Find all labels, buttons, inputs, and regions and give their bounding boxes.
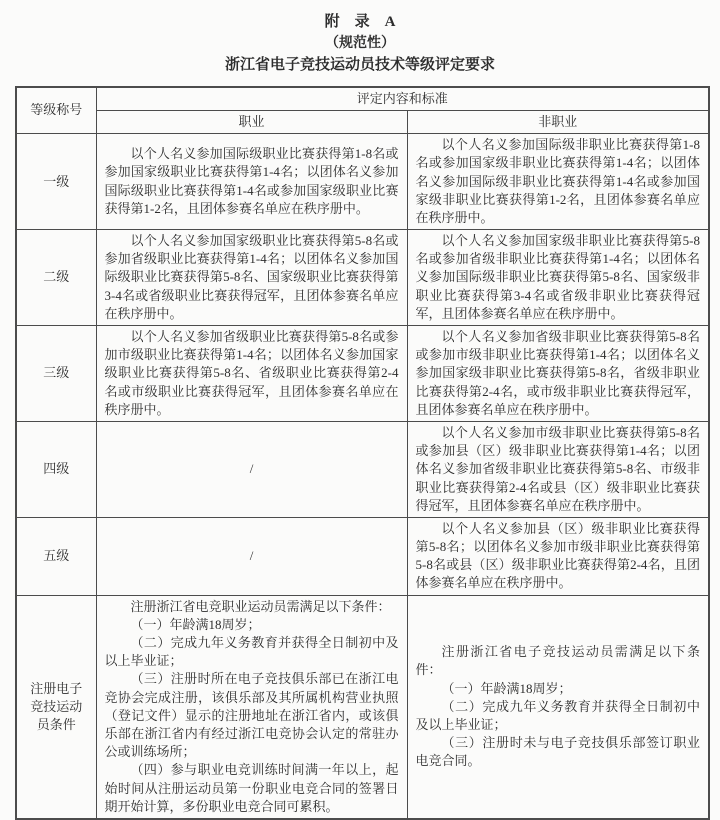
header-criteria: 评定内容和标准 <box>96 87 709 111</box>
paragraph: 以个人名义参加县（区）级非职业比赛获得第5-8名；以团体名义参加市级非职业比赛获… <box>416 520 701 593</box>
nonprofessional-cell-level-3: 以个人名义参加省级非职业比赛获得第5-8名或参加市级非职业比赛获得第1-4名；以… <box>407 326 709 422</box>
paragraph: （三）注册时所在电子竞技俱乐部已在浙江电竞协会完成注册，该俱乐部及其所属机构营业… <box>105 670 399 761</box>
row-label-level-2: 二级 <box>16 230 96 326</box>
paragraph: / <box>105 460 399 478</box>
normative-subtitle: （规范性） <box>0 34 720 54</box>
row-label-level-1: 一级 <box>16 134 96 230</box>
header-nonprofessional: 非职业 <box>407 110 709 133</box>
nonprofessional-cell-level-2: 以个人名义参加国家级非职业比赛获得第5-8名或参加省级非职业比赛获得第1-4名；… <box>407 230 709 326</box>
paragraph: 注册浙江省电子竞技运动员需满足以下条件： <box>416 643 701 679</box>
paragraph: 以个人名义参加国际级非职业比赛获得第1-8名或参加国家级非职业比赛获得第1-4名… <box>416 136 701 227</box>
paragraph: （二）完成九年义务教育并获得全日制初中及以上毕业证； <box>105 634 399 670</box>
row-label-registration: 注册电子竞技运动员条件 <box>16 595 96 819</box>
paragraph: 以个人名义参加国家级职业比赛获得第5-8名或参加省级职业比赛获得第1-4名；以团… <box>105 232 399 323</box>
table-row-level-2: 二级 以个人名义参加国家级职业比赛获得第5-8名或参加省级职业比赛获得第1-4名… <box>16 230 709 326</box>
paragraph: 以个人名义参加市级非职业比赛获得第5-8名或参加县（区）级非职业比赛获得第1-4… <box>416 424 701 515</box>
table-row-level-4: 四级 / 以个人名义参加市级非职业比赛获得第5-8名或参加县（区）级非职业比赛获… <box>16 421 709 517</box>
professional-cell-level-5: / <box>96 517 407 595</box>
paragraph: （二）完成九年义务教育并获得全日制初中及以上毕业证； <box>416 698 701 734</box>
document-page: 附 录 A （规范性） 浙江省电子竞技运动员技术等级评定要求 等级称号 评定内容… <box>0 0 720 820</box>
header-professional: 职业 <box>96 110 407 133</box>
professional-cell-level-2: 以个人名义参加国家级职业比赛获得第5-8名或参加省级职业比赛获得第1-4名；以团… <box>96 230 407 326</box>
document-main-title: 浙江省电子竞技运动员技术等级评定要求 <box>0 55 720 77</box>
nonprofessional-cell-registration: 注册浙江省电子竞技运动员需满足以下条件：（一）年龄满18周岁；（二）完成九年义务… <box>407 595 709 819</box>
document-title-block: 附 录 A （规范性） 浙江省电子竞技运动员技术等级评定要求 <box>0 0 720 77</box>
header-level-name: 等级称号 <box>16 87 96 134</box>
paragraph: 以个人名义参加省级非职业比赛获得第5-8名或参加市级非职业比赛获得第1-4名；以… <box>416 328 701 419</box>
paragraph: 以个人名义参加省级职业比赛获得第5-8名或参加市级职业比赛获得第1-4名；以团体… <box>105 328 399 419</box>
appendix-label: 附 录 A <box>0 12 720 34</box>
grade-requirements-table: 等级称号 评定内容和标准 职业 非职业 一级 以个人名义参加国际级职业比赛获得第… <box>15 86 710 820</box>
professional-cell-level-3: 以个人名义参加省级职业比赛获得第5-8名或参加市级职业比赛获得第1-4名；以团体… <box>96 326 407 422</box>
paragraph: / <box>105 547 399 565</box>
paragraph: 注册浙江省电竞职业运动员需满足以下条件： <box>105 598 399 616</box>
header-row-2: 职业 非职业 <box>16 110 709 133</box>
row-label-level-3: 三级 <box>16 326 96 422</box>
paragraph: 以个人名义参加国家级非职业比赛获得第5-8名或参加省级非职业比赛获得第1-4名；… <box>416 232 701 323</box>
nonprofessional-cell-level-5: 以个人名义参加县（区）级非职业比赛获得第5-8名；以团体名义参加市级非职业比赛获… <box>407 517 709 595</box>
professional-cell-registration: 注册浙江省电竞职业运动员需满足以下条件：（一）年龄满18周岁；（二）完成九年义务… <box>96 595 407 819</box>
nonprofessional-cell-level-1: 以个人名义参加国际级非职业比赛获得第1-8名或参加国家级非职业比赛获得第1-4名… <box>407 134 709 230</box>
paragraph: （一）年龄满18周岁； <box>416 680 701 698</box>
header-row-1: 等级称号 评定内容和标准 <box>16 87 709 111</box>
paragraph: 以个人名义参加国际级职业比赛获得第1-8名或参加国家级职业比赛获得第1-4名；以… <box>105 145 399 218</box>
nonprofessional-cell-level-4: 以个人名义参加市级非职业比赛获得第5-8名或参加县（区）级非职业比赛获得第1-4… <box>407 421 709 517</box>
row-label-level-4: 四级 <box>16 421 96 517</box>
row-label-level-5: 五级 <box>16 517 96 595</box>
paragraph: （四）参与职业电竞训练时间满一年以上，起始时间从注册运动员第一份职业电竞合同的签… <box>105 761 399 816</box>
table-row-level-1: 一级 以个人名义参加国际级职业比赛获得第1-8名或参加国家级职业比赛获得第1-4… <box>16 134 709 230</box>
professional-cell-level-4: / <box>96 421 407 517</box>
table-row-registration: 注册电子竞技运动员条件 注册浙江省电竞职业运动员需满足以下条件：（一）年龄满18… <box>16 595 709 819</box>
paragraph: （一）年龄满18周岁； <box>105 616 399 634</box>
table-row-level-3: 三级 以个人名义参加省级职业比赛获得第5-8名或参加市级职业比赛获得第1-4名；… <box>16 326 709 422</box>
paragraph: （三）注册时未与电子竞技俱乐部签订职业电竞合同。 <box>416 734 701 770</box>
table-row-level-5: 五级 / 以个人名义参加县（区）级非职业比赛获得第5-8名；以团体名义参加市级非… <box>16 517 709 595</box>
professional-cell-level-1: 以个人名义参加国际级职业比赛获得第1-8名或参加国家级职业比赛获得第1-4名；以… <box>96 134 407 230</box>
